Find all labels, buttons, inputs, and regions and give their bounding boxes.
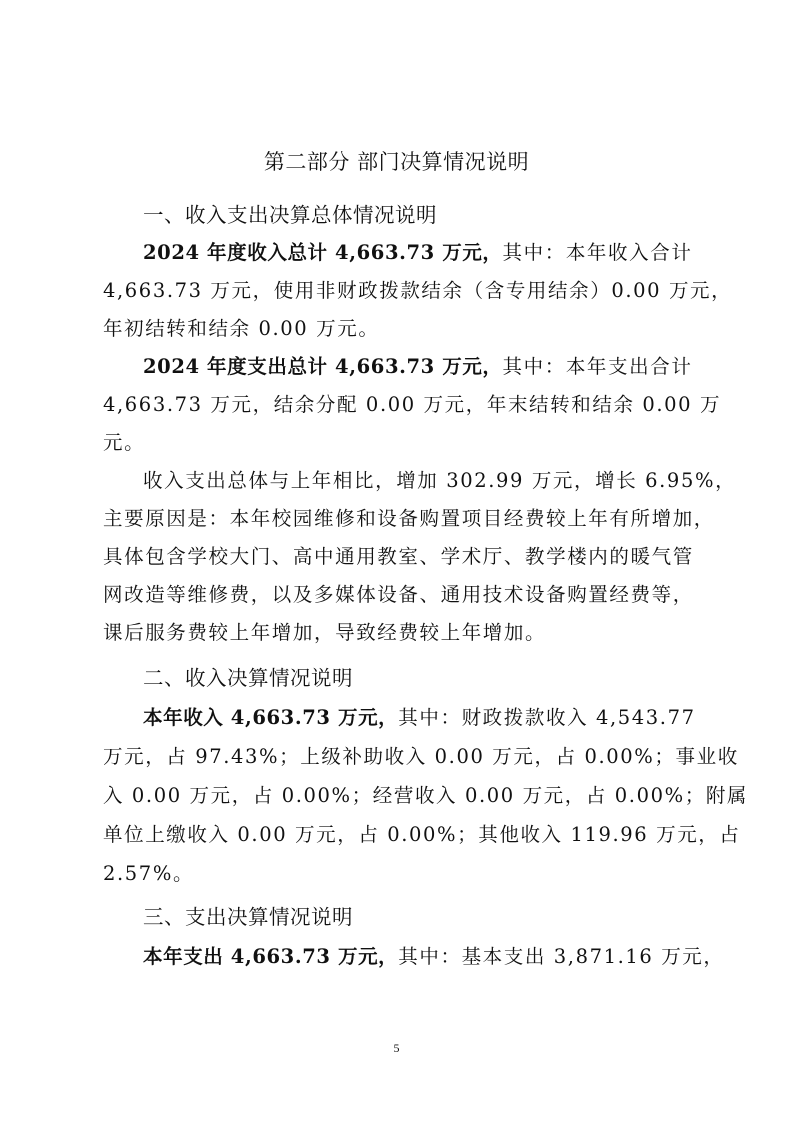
paragraph-line: 2024 年度收入总计 4,663.73 万元，其中：本年收入合计 — [143, 237, 693, 265]
paragraph-line: 收入支出总体与上年相比，增加 302.99 万元，增长 6.95%， — [143, 465, 693, 493]
section-heading-3: 三、支出决算情况说明 — [143, 900, 353, 930]
paragraph-line: 课后服务费较上年增加，导致经费较上年增加。 — [103, 617, 693, 645]
bold-text: 2024 年度收入总计 4,663.73 万元， — [143, 241, 503, 264]
bold-text: 本年收入 4,663.73 万元， — [143, 706, 398, 729]
page-title: 第二部分 部门决算情况说明 — [0, 146, 793, 176]
paragraph-line: 入 0.00 万元，占 0.00%；经营收入 0.00 万元，占 0.00%；附… — [103, 780, 693, 808]
bold-text: 2024 年度支出总计 4,663.73 万元， — [143, 355, 503, 378]
paragraph-line: 本年支出 4,663.73 万元，其中：基本支出 3,871.16 万元， — [143, 941, 693, 969]
line-text: 其中：本年支出合计 — [503, 355, 693, 378]
paragraph-line: 4,663.73 万元，结余分配 0.00 万元，年末结转和结余 0.00 万 — [103, 389, 693, 417]
line-text: 其中：财政拨款收入 4,543.77 — [398, 706, 695, 729]
line-text: 其中：本年收入合计 — [503, 241, 693, 264]
paragraph-line: 主要原因是：本年校园维修和设备购置项目经费较上年有所增加， — [103, 503, 693, 531]
line-text: 其中：基本支出 3,871.16 万元， — [398, 945, 724, 968]
paragraph-line: 年初结转和结余 0.00 万元。 — [103, 313, 693, 341]
paragraph-line: 万元，占 97.43%；上级补助收入 0.00 万元，占 0.00%；事业收 — [103, 741, 693, 769]
section-heading-2: 二、收入决算情况说明 — [143, 661, 353, 691]
paragraph-line: 本年收入 4,663.73 万元，其中：财政拨款收入 4,543.77 — [143, 702, 693, 730]
paragraph-line: 具体包含学校大门、高中通用教室、学术厅、教学楼内的暖气管 — [103, 541, 693, 569]
document-page: 第二部分 部门决算情况说明 一、收入支出决算总体情况说明 2024 年度收入总计… — [0, 0, 793, 1122]
page-number: 5 — [0, 1041, 793, 1056]
section-heading-1: 一、收入支出决算总体情况说明 — [143, 198, 437, 228]
paragraph-line: 4,663.73 万元，使用非财政拨款结余（含专用结余）0.00 万元， — [103, 275, 693, 303]
paragraph-line: 网改造等维修费，以及多媒体设备、通用技术设备购置经费等， — [103, 579, 693, 607]
paragraph-line: 元。 — [103, 427, 693, 455]
paragraph-line: 2024 年度支出总计 4,663.73 万元，其中：本年支出合计 — [143, 351, 693, 379]
paragraph-line: 2.57%。 — [103, 858, 693, 886]
paragraph-line: 单位上缴收入 0.00 万元，占 0.00%；其他收入 119.96 万元，占 — [103, 819, 693, 847]
bold-text: 本年支出 4,663.73 万元， — [143, 945, 398, 968]
